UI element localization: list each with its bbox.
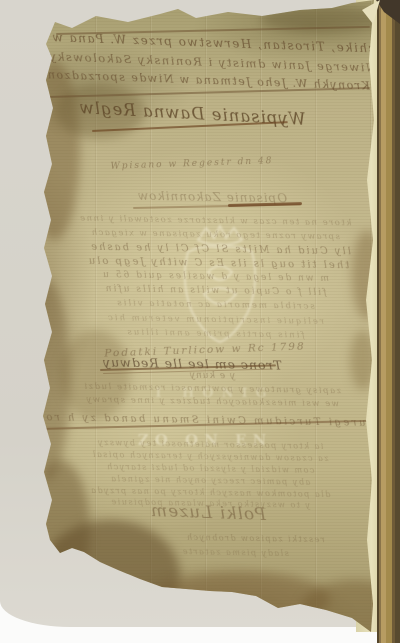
manuscript-photo: I HONIG ZO ON EN Schike, Tirostan, Herws… (0, 0, 400, 643)
handwriting-line: y e kuny (189, 371, 235, 382)
handwriting-line: za czasow dawnieyszych y teraznych opisa… (91, 450, 328, 463)
handwriting-line: ia ktory possessor maietnosci tey bywszy (97, 438, 324, 451)
handwriting-line: we wsi mieszkaiacych tudziez y inne spra… (85, 395, 339, 409)
handwriting-line: finis partis prime anni illius (125, 327, 304, 340)
handwriting-line: reliquie inscriptionum veterum hic (106, 313, 324, 327)
handwriting-line: fill f o Cupio ut wills an hills ufin (104, 284, 327, 298)
handwriting-layer: Schike, Tirostan, Herwstwo przez W. Pana… (0, 0, 400, 643)
handwriting-line: sprawy rozne tego roku zapisane w xiegac… (90, 228, 340, 242)
handwriting-line: resztki zapisow drobnych (185, 533, 324, 544)
handwriting-line: Wpisano w Regestr dn 48 (110, 156, 273, 172)
handwriting-line: lly Cuid ha Milts Sl Cf Cl ly he bashe (89, 242, 351, 258)
handwriting-line: aby pamiec rzeczy onych nie zginela (110, 474, 311, 486)
manuscript-page: I HONIG ZO ON EN Schike, Tirostan, Herws… (0, 0, 400, 643)
handwriting-line: ktore na ten czas w klasztorze zostawali… (78, 214, 351, 229)
handwriting-line: slady pisma zatarte (181, 547, 289, 558)
ink-stroke (56, 26, 370, 35)
handwriting-line: m wn de lega y d wasiles quid 65 u (101, 270, 329, 284)
ink-stroke (48, 87, 370, 97)
handwriting-line: com widzial y slyszal od ludzi starych (106, 462, 315, 475)
handwriting-line: Polki Luzem (150, 501, 267, 525)
handwriting-line: thel tit oug ls ils Es C withy Jegp olu (87, 256, 350, 272)
handwriting-line: zapisy gruntowe y powinnosci rozmaite lu… (83, 382, 341, 397)
book-binding-edge (377, 0, 400, 643)
handwriting-line: Wypisanie Dawna Reglw (78, 98, 306, 129)
handwriting-line: scribla memoria ac notatia vilis (115, 298, 315, 311)
ink-stroke (228, 202, 302, 207)
